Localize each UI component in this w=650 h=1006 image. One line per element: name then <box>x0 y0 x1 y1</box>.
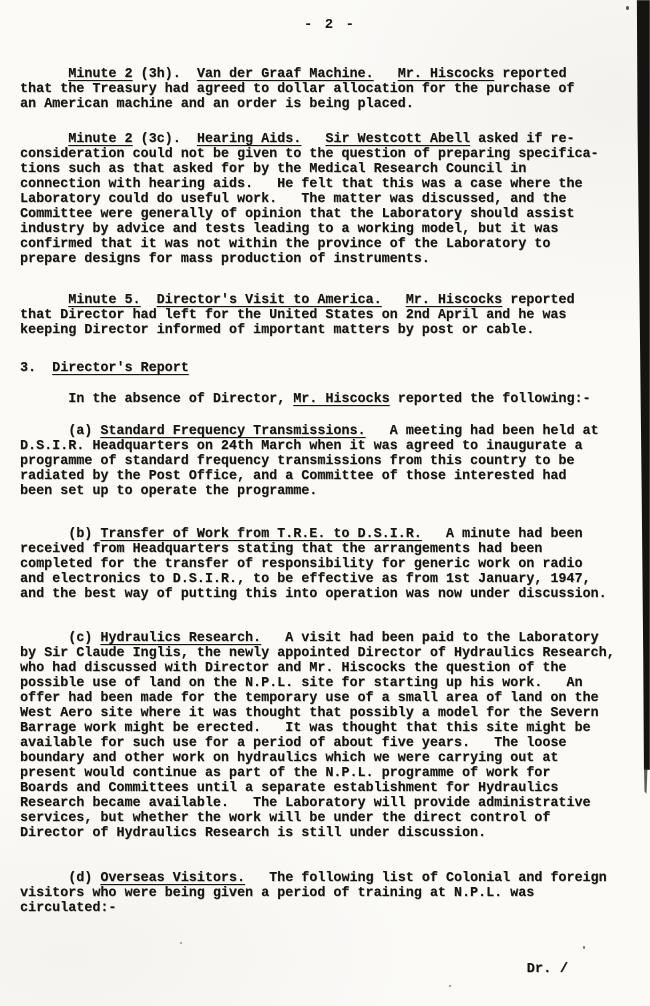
text-line: by Sir Claude Inglis, the newly appointe… <box>20 646 640 661</box>
text-line: connection with hearing aids. He felt th… <box>20 177 640 192</box>
text-segment: present would continue as part of the N.… <box>20 766 550 781</box>
text-segment: who had discussed with Director and Mr. … <box>20 661 566 676</box>
underlined-text: Mr. Hiscocks <box>398 67 494 82</box>
page-number: - 2 - <box>20 18 640 33</box>
minute-2-3h: Minute 2 (3h). Van der Graaf Machine. Mr… <box>20 67 640 112</box>
text-line: possible use of land on the N.P.L. site … <box>20 676 640 691</box>
text-segment <box>20 132 68 147</box>
signoff-initials: Dr. / <box>20 962 640 977</box>
scan-artifact-speck <box>180 942 182 944</box>
text-segment: possible use of land on the N.P.L. site … <box>20 676 583 691</box>
text-line: confirmed that it was not within the pro… <box>20 237 640 252</box>
text-segment: received from Headquarters stating that … <box>20 542 542 557</box>
underlined-text: Director's Report <box>52 361 189 376</box>
underlined-text: Transfer of Work from T.R.E. to D.S.I.R. <box>100 527 421 542</box>
text-segment <box>301 132 325 147</box>
text-segment: West Aero site where it was thought that… <box>20 706 599 721</box>
text-line: an American machine and an order is bein… <box>20 97 640 112</box>
text-line: In the absence of Director, Mr. Hiscocks… <box>20 392 640 407</box>
text-segment: and electronics to D.S.I.R., to be effec… <box>20 572 591 587</box>
text-segment: available for such use for a period of a… <box>20 736 566 751</box>
text-line: been set up to operate the programme. <box>20 484 640 499</box>
text-line: offer had been made for the temporary us… <box>20 691 640 706</box>
text-line: (b) Transfer of Work from T.R.E. to D.S.… <box>20 527 640 542</box>
text-segment: confirmed that it was not within the pro… <box>20 237 550 252</box>
text-segment: D.S.I.R. Headquarters on 24th March when… <box>20 439 583 454</box>
text-segment <box>141 293 157 308</box>
text-segment <box>374 67 398 82</box>
text-segment: an American machine and an order is bein… <box>20 97 414 112</box>
text-segment: A visit had been paid to the Laboratory <box>261 631 599 646</box>
text-segment: services, but whether the work will be u… <box>20 811 550 826</box>
underlined-text: Minute 2 <box>68 132 132 147</box>
text-segment: reported <box>502 293 574 308</box>
text-line: present would continue as part of the N.… <box>20 766 640 781</box>
scan-artifact-speck <box>583 946 585 949</box>
text-line: D.S.I.R. Headquarters on 24th March when… <box>20 439 640 454</box>
text-line: radiated by the Post Office, and a Commi… <box>20 469 640 484</box>
text-segment: connection with hearing aids. He felt th… <box>20 177 583 192</box>
text-segment: Director of Hydraulics Research is still… <box>20 826 486 841</box>
text-segment: radiated by the Post Office, and a Commi… <box>20 469 566 484</box>
scan-artifact-speck <box>626 6 629 10</box>
text-line: Minute 2 (3c). Hearing Aids. Sir Westcot… <box>20 132 640 147</box>
text-segment: (c) <box>20 631 100 646</box>
text-segment: 3. <box>20 361 52 376</box>
underlined-text: Overseas Visitors. <box>100 871 245 886</box>
text-segment: that the Treasury had agreed to dollar a… <box>20 82 574 97</box>
text-line: available for such use for a period of a… <box>20 736 640 751</box>
underlined-text: Minute 2 <box>68 67 132 82</box>
heading-directors-report: 3. Director's Report <box>20 361 640 376</box>
text-line: received from Headquarters stating that … <box>20 542 640 557</box>
text-line: consideration could not be given to the … <box>20 147 640 162</box>
text-line: Minute 5. Director's Visit to America. M… <box>20 293 640 308</box>
item-d-overseas-visitors: (d) Overseas Visitors. The following lis… <box>20 871 640 916</box>
text-segment: that Director had left for the United St… <box>20 308 566 323</box>
text-line: prepare designs for mass production of i… <box>20 252 640 267</box>
underlined-text: Standard Frequency Transmissions. <box>100 424 365 439</box>
text-line: Research became available. The Laborator… <box>20 796 640 811</box>
text-line: Committee were generally of opinion that… <box>20 207 640 222</box>
scanned-document-page: { "doc": { "page_number": "- 2 -", "sign… <box>0 0 650 1006</box>
text-segment: reported the following:- <box>390 392 591 407</box>
text-segment: Barrage work might be erected. It was th… <box>20 721 591 736</box>
text-line: 3. Director's Report <box>20 361 640 376</box>
text-segment: Committee were generally of opinion that… <box>20 207 574 222</box>
text-line: boundary and other work on hydraulics wh… <box>20 751 640 766</box>
text-segment: industry by advice and tests leading to … <box>20 222 558 237</box>
underlined-text: Sir Westcott Abell <box>325 132 470 147</box>
text-line: visitors who were being given a period o… <box>20 886 640 901</box>
text-segment: In the absence of Director, <box>20 392 293 407</box>
text-segment: by Sir Claude Inglis, the newly appointe… <box>20 646 615 661</box>
text-segment: offer had been made for the temporary us… <box>20 691 599 706</box>
text-segment: keeping Director informed of important m… <box>20 323 534 338</box>
text-segment: circulated:- <box>20 901 116 916</box>
text-line: that Director had left for the United St… <box>20 308 640 323</box>
text-segment: Research became available. The Laborator… <box>20 796 591 811</box>
text-segment: A meeting had been held at <box>366 424 599 439</box>
text-segment: (3c). <box>133 132 197 147</box>
text-line: services, but whether the work will be u… <box>20 811 640 826</box>
text-segment: visitors who were being given a period o… <box>20 886 534 901</box>
text-line: programme of standard frequency transmis… <box>20 454 640 469</box>
text-segment: (b) <box>20 527 100 542</box>
underlined-text: Director's Visit to America. <box>157 293 382 308</box>
text-segment: Boards and Committees until a separate e… <box>20 781 558 796</box>
text-segment: reported <box>494 67 566 82</box>
text-segment: been set up to operate the programme. <box>20 484 317 499</box>
text-line: completed for the transfer of responsibi… <box>20 557 640 572</box>
text-segment: consideration could not be given to the … <box>20 147 599 162</box>
text-line: and electronics to D.S.I.R., to be effec… <box>20 572 640 587</box>
underlined-text: Hydraulics Research. <box>100 631 261 646</box>
text-line: (d) Overseas Visitors. The following lis… <box>20 871 640 886</box>
document-page: - 2 - Minute 2 (3h). Van der Graaf Machi… <box>0 0 650 977</box>
text-segment: programme of standard frequency transmis… <box>20 454 574 469</box>
text-line: Barrage work might be erected. It was th… <box>20 721 640 736</box>
text-segment: boundary and other work on hydraulics wh… <box>20 751 558 766</box>
item-a-standard-frequency-transmissions: (a) Standard Frequency Transmissions. A … <box>20 424 640 499</box>
text-segment: The following list of Colonial and forei… <box>245 871 607 886</box>
text-segment: (a) <box>20 424 100 439</box>
text-segment: tions such as that asked for by the Medi… <box>20 162 526 177</box>
text-line: that the Treasury had agreed to dollar a… <box>20 82 640 97</box>
text-segment: completed for the transfer of responsibi… <box>20 557 583 572</box>
text-line: and the best way of putting this into op… <box>20 587 640 602</box>
text-segment: and the best way of putting this into op… <box>20 587 607 602</box>
text-segment: Laboratory could do useful work. The mat… <box>20 192 566 207</box>
underlined-text: Hearing Aids. <box>197 132 301 147</box>
text-segment: A minute had been <box>422 527 583 542</box>
item-b-transfer-of-work: (b) Transfer of Work from T.R.E. to D.S.… <box>20 527 640 602</box>
text-line: Minute 2 (3h). Van der Graaf Machine. Mr… <box>20 67 640 82</box>
text-segment: prepare designs for mass production of i… <box>20 252 430 267</box>
underlined-text: Mr. Hiscocks <box>293 392 389 407</box>
item-c-hydraulics-research: (c) Hydraulics Research. A visit had bee… <box>20 631 640 841</box>
text-line: industry by advice and tests leading to … <box>20 222 640 237</box>
text-segment <box>20 293 68 308</box>
underlined-text: Mr. Hiscocks <box>406 293 502 308</box>
text-line: tions such as that asked for by the Medi… <box>20 162 640 177</box>
text-line: keeping Director informed of important m… <box>20 323 640 338</box>
text-segment <box>382 293 406 308</box>
text-line: circulated:- <box>20 901 640 916</box>
text-line: Laboratory could do useful work. The mat… <box>20 192 640 207</box>
document-body: Minute 2 (3h). Van der Graaf Machine. Mr… <box>20 67 640 916</box>
text-segment: (3h). <box>133 67 197 82</box>
text-segment <box>20 67 68 82</box>
underlined-text: Minute 5. <box>68 293 140 308</box>
minute-5: Minute 5. Director's Visit to America. M… <box>20 293 640 338</box>
directors-report-intro: In the absence of Director, Mr. Hiscocks… <box>20 392 640 407</box>
text-line: Boards and Committees until a separate e… <box>20 781 640 796</box>
text-line: (c) Hydraulics Research. A visit had bee… <box>20 631 640 646</box>
minute-2-3c: Minute 2 (3c). Hearing Aids. Sir Westcot… <box>20 132 640 267</box>
text-line: Director of Hydraulics Research is still… <box>20 826 640 841</box>
text-segment: asked if re- <box>470 132 574 147</box>
text-segment: (d) <box>20 871 100 886</box>
text-line: (a) Standard Frequency Transmissions. A … <box>20 424 640 439</box>
scan-artifact-speck <box>449 985 451 987</box>
underlined-text: Van der Graaf Machine. <box>197 67 374 82</box>
text-line: who had discussed with Director and Mr. … <box>20 661 640 676</box>
text-line: West Aero site where it was thought that… <box>20 706 640 721</box>
